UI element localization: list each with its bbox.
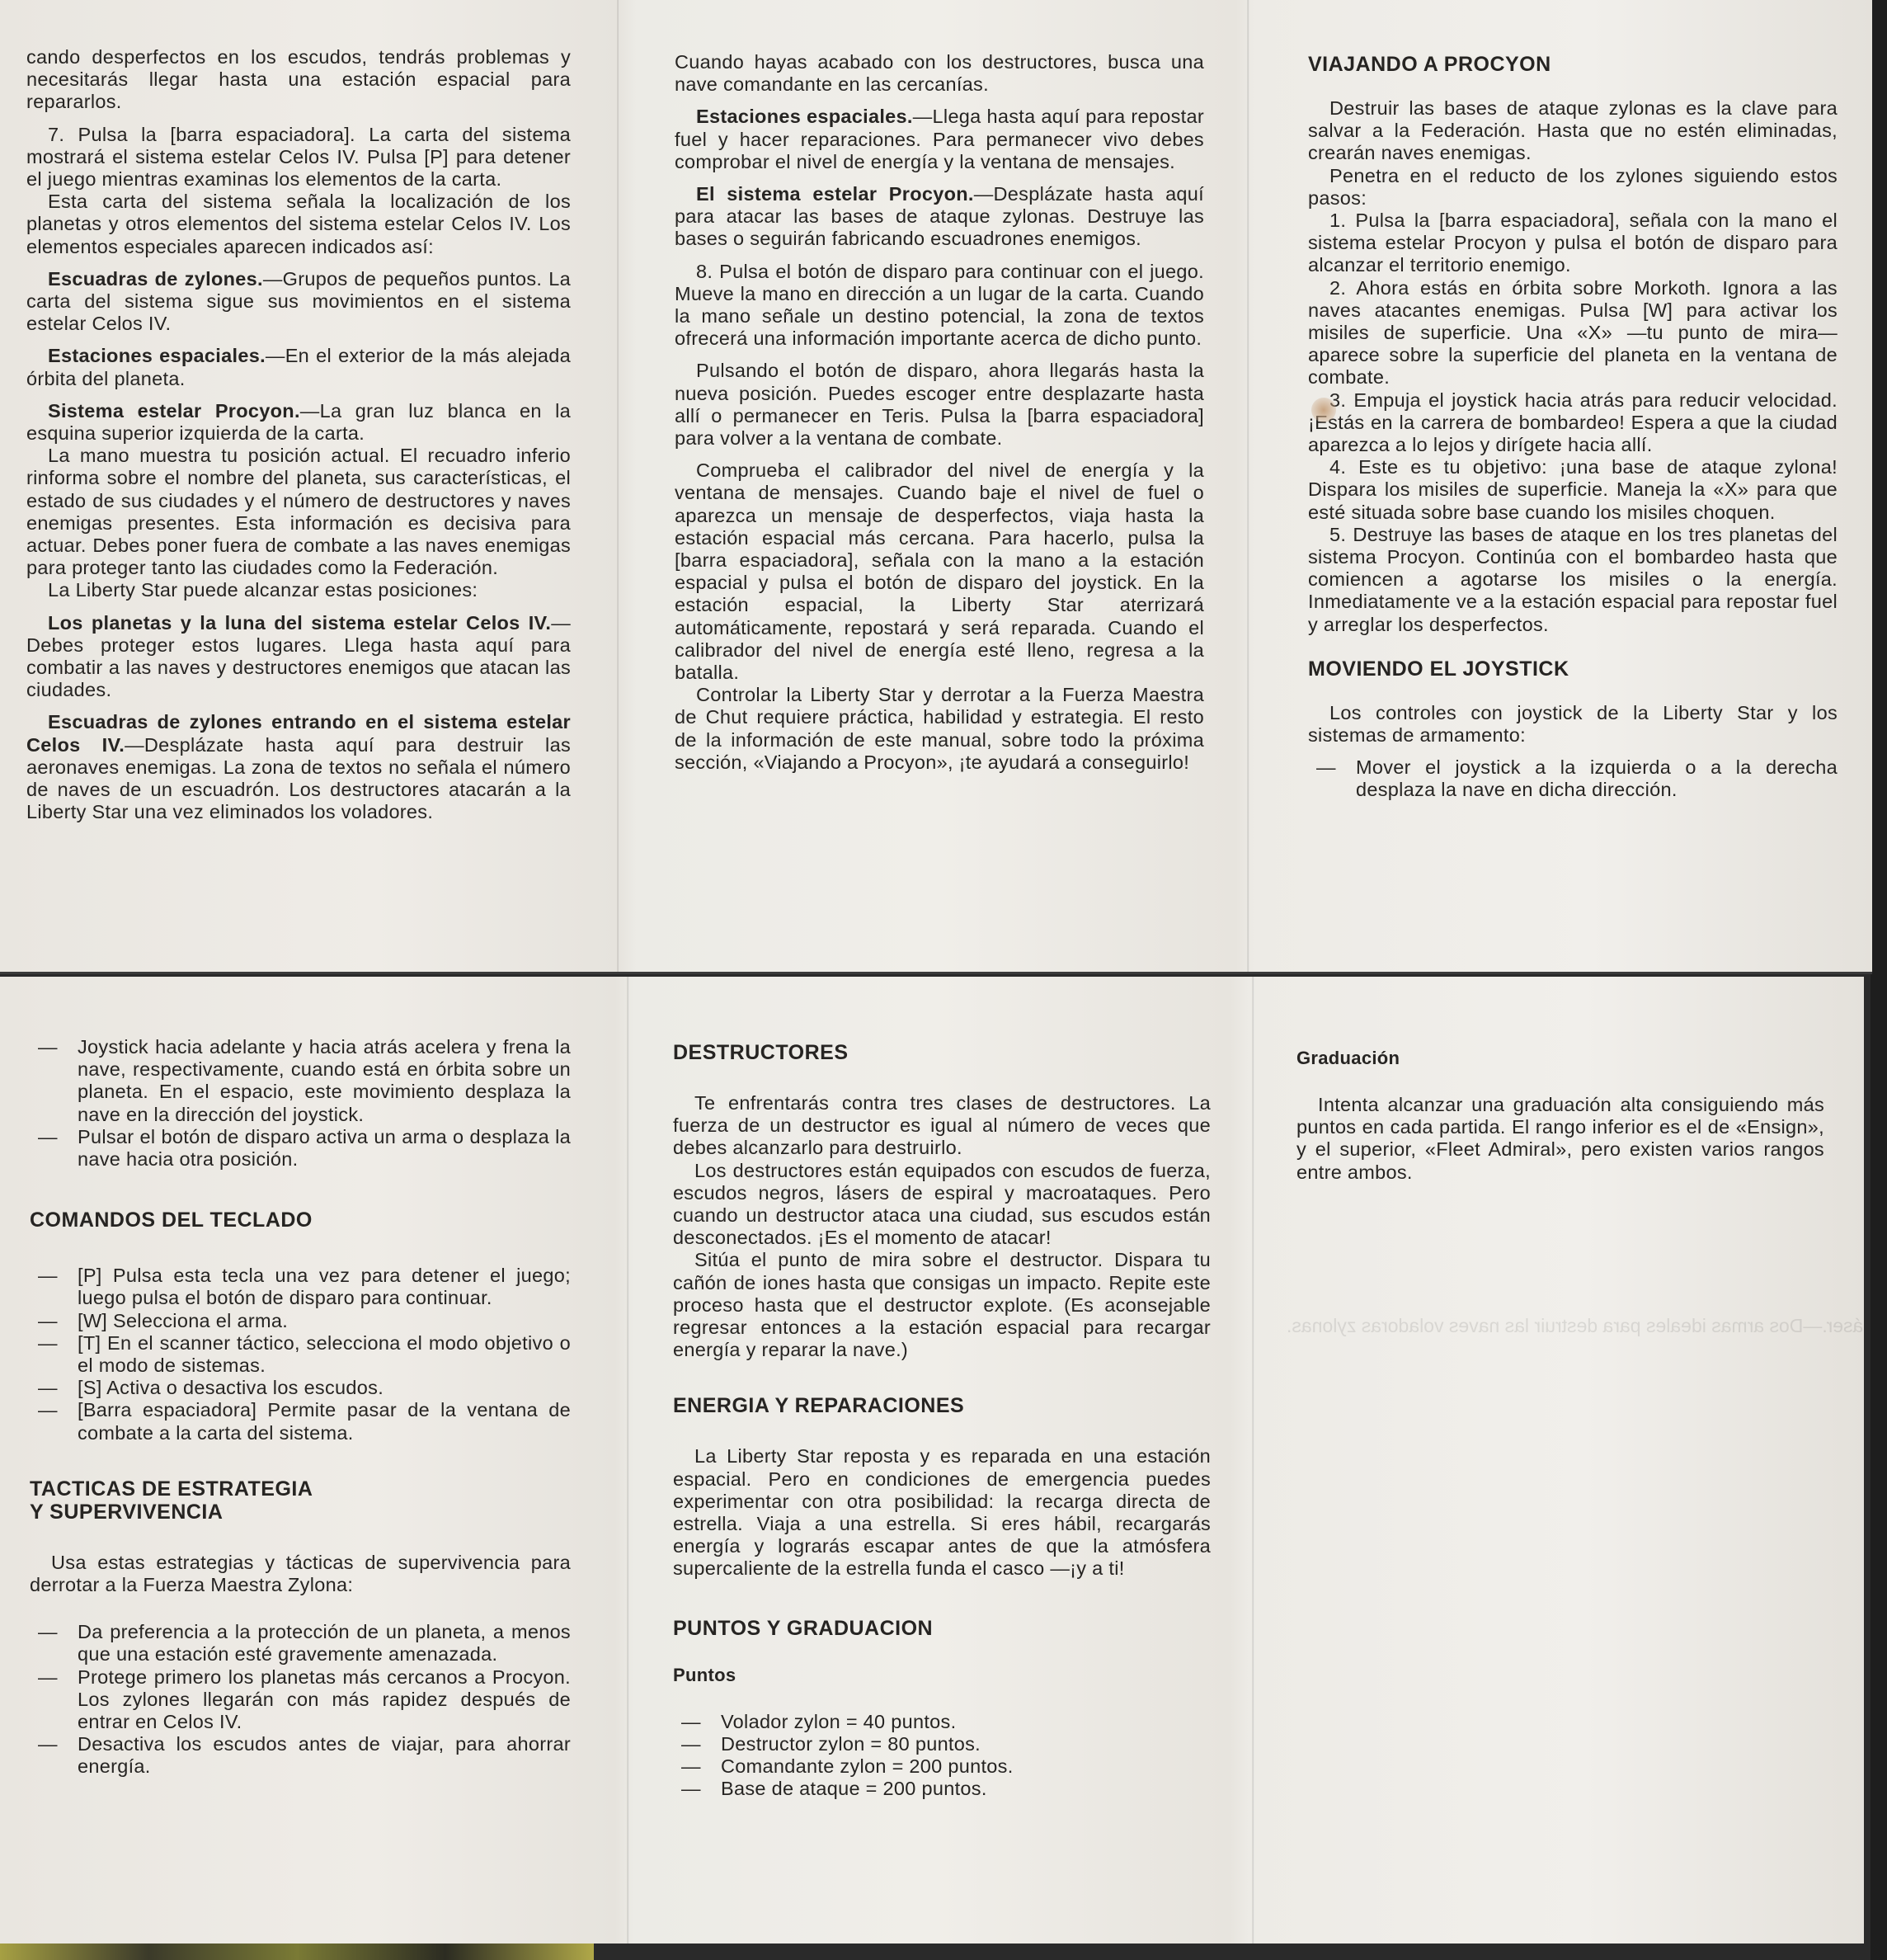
heading-line: TACTICAS DE ESTRATEGIA	[30, 1477, 313, 1501]
paragraph: Destruir las bases de ataque zylonas es …	[1308, 97, 1838, 165]
section-heading: DESTRUCTORES	[673, 1041, 1211, 1064]
definition-procyon: El sistema estelar Procyon.—Desplázate h…	[675, 183, 1204, 251]
panel-bottom-center: DESTRUCTORES Te enfrentarás contra tres …	[673, 1041, 1211, 1800]
points-item: Destructor zylon = 80 puntos.	[673, 1733, 1211, 1755]
definition-estaciones: Estaciones espaciales.—Llega hasta aquí …	[675, 106, 1204, 173]
command-item: [Barra espaciadora] Permite pasar de la …	[30, 1399, 571, 1444]
panel-top-center: Cuando hayas acabado con los destructore…	[675, 51, 1204, 774]
term: Escuadras de zylones.	[48, 268, 263, 290]
list-item: Joystick hacia adelante y hacia atrás ac…	[30, 1036, 571, 1126]
definition-escuadras: Escuadras de zylones.—Grupos de pequeños…	[26, 268, 571, 336]
paragraph: Sitúa el punto de mira sobre el destruct…	[673, 1249, 1211, 1361]
section-heading: ENERGIA Y REPARACIONES	[673, 1394, 1211, 1417]
paragraph: Esta carta del sistema señala la localiz…	[26, 191, 571, 258]
paragraph: Los destructores están equipados con esc…	[673, 1160, 1211, 1250]
keyboard-commands-list: [P] Pulsa esta tecla una vez para detene…	[30, 1265, 571, 1444]
definition-planetas: Los planetas y la luna del sistema estel…	[26, 612, 571, 702]
paragraph: La Liberty Star reposta y es reparada en…	[673, 1445, 1211, 1580]
definition-escuadras-entrando: Escuadras de zylones entrando en el sist…	[26, 711, 571, 823]
panel-top-left: cando desperfectos en los escudos, tendr…	[26, 46, 571, 824]
paragraph: Intenta alcanzar una graduación alta con…	[1296, 1094, 1824, 1184]
paragraph: Controlar la Liberty Star y derrotar a l…	[675, 684, 1204, 774]
section-heading: VIAJANDO A PROCYON	[1308, 53, 1838, 76]
step-item: 5. Destruye las bases de ataque en los t…	[1308, 524, 1838, 636]
manual-sheet-top: cando desperfectos en los escudos, tendr…	[0, 0, 1872, 974]
panel-bottom-right: Graduación Intenta alcanzar una graduaci…	[1296, 1048, 1824, 1184]
command-item: [W] Selecciona el arma.	[30, 1310, 571, 1332]
panel-bottom-left: Joystick hacia adelante y hacia atrás ac…	[30, 1036, 571, 1779]
paragraph: Te enfrentarás contra tres clases de des…	[673, 1092, 1211, 1160]
scan-background-edge	[1871, 0, 1887, 1960]
step-item: 2. Ahora estás en órbita sobre Morkoth. …	[1308, 277, 1838, 389]
paragraph: Pulsando el botón de disparo, ahora lleg…	[675, 360, 1204, 450]
section-heading: PUNTOS Y GRADUACION	[673, 1617, 1211, 1640]
points-item: Volador zylon = 40 puntos.	[673, 1711, 1211, 1733]
paragraph: 8. Pulsa el botón de disparo para contin…	[675, 261, 1204, 351]
definition-procyon: Sistema estelar Procyon.—La gran luz bla…	[26, 400, 571, 445]
heading-line: Y SUPERVIVENCIA	[30, 1501, 223, 1524]
points-item: Base de ataque = 200 puntos.	[673, 1778, 1211, 1800]
command-item: [T] En el scanner táctico, selecciona el…	[30, 1332, 571, 1377]
list-item: Mover el joystick a la izquierda o a la …	[1308, 756, 1838, 801]
step-item: 4. Este es tu objetivo: ¡una base de ata…	[1308, 456, 1838, 524]
command-item: [P] Pulsa esta tecla una vez para detene…	[30, 1265, 571, 1309]
paragraph: La mano muestra tu posición actual. El r…	[26, 445, 571, 579]
fold-line	[627, 977, 629, 1944]
term: El sistema estelar Procyon.	[696, 183, 974, 205]
list-item: Pulsar el botón de disparo activa un arm…	[30, 1126, 571, 1171]
subheading: Puntos	[673, 1665, 1211, 1686]
paragraph: Comprueba el calibrador del nivel de ene…	[675, 459, 1204, 684]
command-item: [S] Activa o desactiva los escudos.	[30, 1377, 571, 1399]
tactic-item: Da preferencia a la protección de un pla…	[30, 1621, 571, 1666]
paragraph: Cuando hayas acabado con los destructore…	[675, 51, 1204, 96]
steps-list: 1. Pulsa la [barra espaciadora], señala …	[1308, 210, 1838, 636]
paragraph: La Liberty Star puede alcanzar estas pos…	[26, 579, 571, 601]
step-item: 3. Empuja el joystick hacia atrás para r…	[1308, 389, 1838, 457]
panel-top-right: VIAJANDO A PROCYON Destruir las bases de…	[1308, 53, 1838, 802]
bleed-through-text: Cañones láser.—Dos armas ideales para de…	[1287, 1315, 1864, 1337]
tactics-list: Da preferencia a la protección de un pla…	[30, 1621, 571, 1778]
paragraph: Los controles con joystick de la Liberty…	[1308, 702, 1838, 747]
tactic-item: Protege primero los planetas más cercano…	[30, 1666, 571, 1734]
step-item: 1. Pulsa la [barra espaciadora], señala …	[1308, 210, 1838, 277]
term: Estaciones espaciales.	[48, 345, 266, 366]
paragraph: Usa estas estrategias y tácticas de supe…	[30, 1552, 571, 1596]
scan-edge-strip	[0, 1944, 594, 1960]
fold-line	[1252, 977, 1254, 1944]
paragraph: cando desperfectos en los escudos, tendr…	[26, 46, 571, 114]
paragraph: 7. Pulsa la [barra espaciadora]. La cart…	[26, 124, 571, 191]
joystick-list: Mover el joystick a la izquierda o a la …	[1308, 756, 1838, 801]
section-heading: TACTICAS DE ESTRATEGIA Y SUPERVIVENCIA	[30, 1477, 571, 1524]
fold-line	[617, 0, 619, 972]
subheading: Graduación	[1296, 1048, 1824, 1069]
term: Los planetas y la luna del sistema estel…	[48, 612, 551, 634]
definition-estaciones: Estaciones espaciales.—En el exterior de…	[26, 345, 571, 389]
joystick-list: Joystick hacia adelante y hacia atrás ac…	[30, 1036, 571, 1171]
points-item: Comandante zylon = 200 puntos.	[673, 1755, 1211, 1778]
section-heading: MOVIENDO EL JOYSTICK	[1308, 657, 1838, 681]
paragraph: Penetra en el reducto de los zylones sig…	[1308, 165, 1838, 210]
fold-line	[1247, 0, 1249, 972]
points-list: Volador zylon = 40 puntos. Destructor zy…	[673, 1711, 1211, 1801]
tactic-item: Desactiva los escudos antes de viajar, p…	[30, 1733, 571, 1778]
term: Estaciones espaciales.	[696, 106, 913, 127]
section-heading: COMANDOS DEL TECLADO	[30, 1209, 571, 1232]
term: Sistema estelar Procyon.	[48, 400, 300, 422]
manual-sheet-bottom: Cañones láser.—Dos armas ideales para de…	[0, 977, 1864, 1944]
paper-stain	[1311, 398, 1336, 422]
